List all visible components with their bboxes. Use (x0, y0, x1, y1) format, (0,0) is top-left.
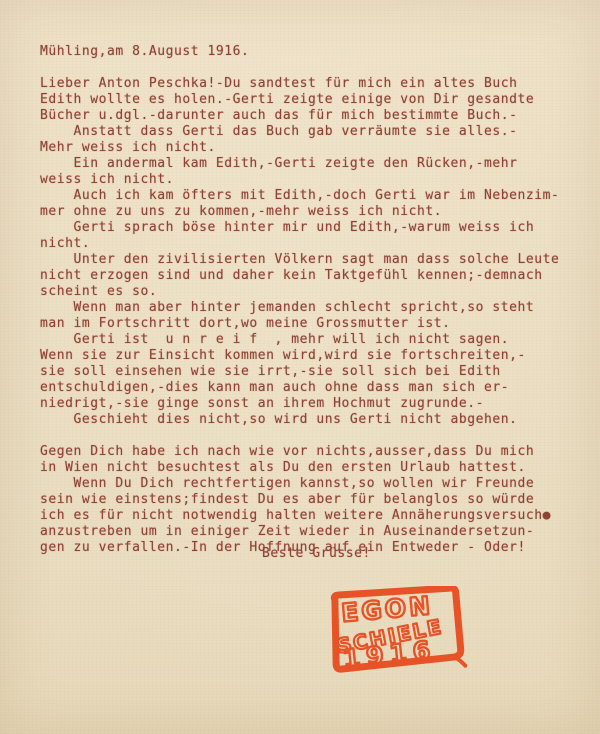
letter-dateline: Mühling,am 8.August 1916. (40, 44, 249, 60)
egon-schiele-stamp: EGON SCHIELE 1916 (326, 586, 476, 686)
letter-scan: Mühling,am 8.August 1916. Lieber Anton P… (0, 0, 600, 734)
letter-closing: Beste Grüsse! (262, 546, 371, 562)
letter-body-text: Lieber Anton Peschka!-Du sandtest für mi… (40, 76, 559, 556)
